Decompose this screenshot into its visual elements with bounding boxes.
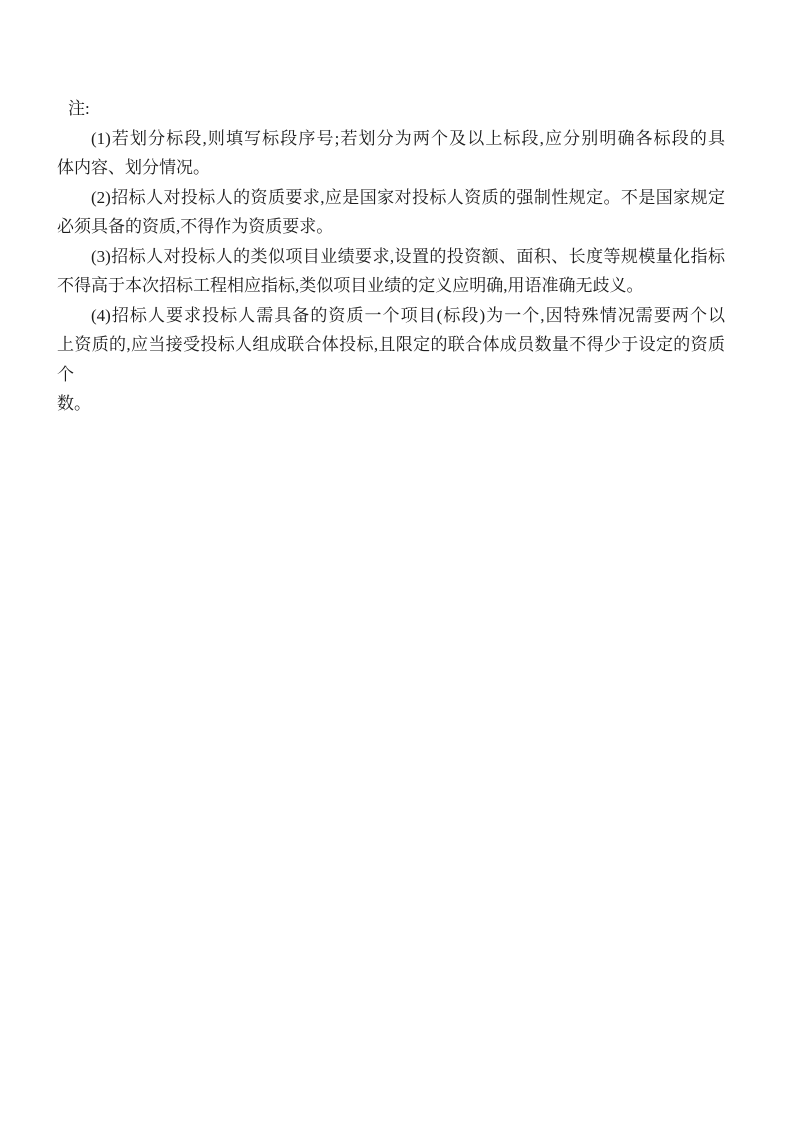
- note-3-line-1: (3)招标人对投标人的类似项目业绩要求,设置的投资额、面积、长度等规模量化指标: [57, 242, 725, 272]
- note-3-line-2: 不得高于本次招标工程相应指标,类似项目业绩的定义应明确,用语准确无歧义。: [57, 271, 725, 301]
- note-4-line-3: 数。: [57, 389, 725, 419]
- note-4-line-1: (4)招标人要求投标人需具备的资质一个项目(标段)为一个,因特殊情况需要两个以: [57, 301, 725, 331]
- note-2-line-2: 必须具备的资质,不得作为资质要求。: [57, 212, 725, 242]
- note-label: 注:: [57, 94, 725, 124]
- note-1-line-2: 体内容、划分情况。: [57, 153, 725, 183]
- notes-section: 注: (1)若划分标段,则填写标段序号;若划分为两个及以上标段,应分别明确各标段…: [57, 94, 725, 419]
- note-2-line-1: (2)招标人对投标人的资质要求,应是国家对投标人资质的强制性规定。不是国家规定: [57, 183, 725, 213]
- document-page: 注: (1)若划分标段,则填写标段序号;若划分为两个及以上标段,应分别明确各标段…: [0, 0, 794, 1123]
- note-1-line-1: (1)若划分标段,则填写标段序号;若划分为两个及以上标段,应分别明确各标段的具: [57, 124, 725, 154]
- note-4-line-2: 上资质的,应当接受投标人组成联合体投标,且限定的联合体成员数量不得少于设定的资质…: [57, 330, 725, 389]
